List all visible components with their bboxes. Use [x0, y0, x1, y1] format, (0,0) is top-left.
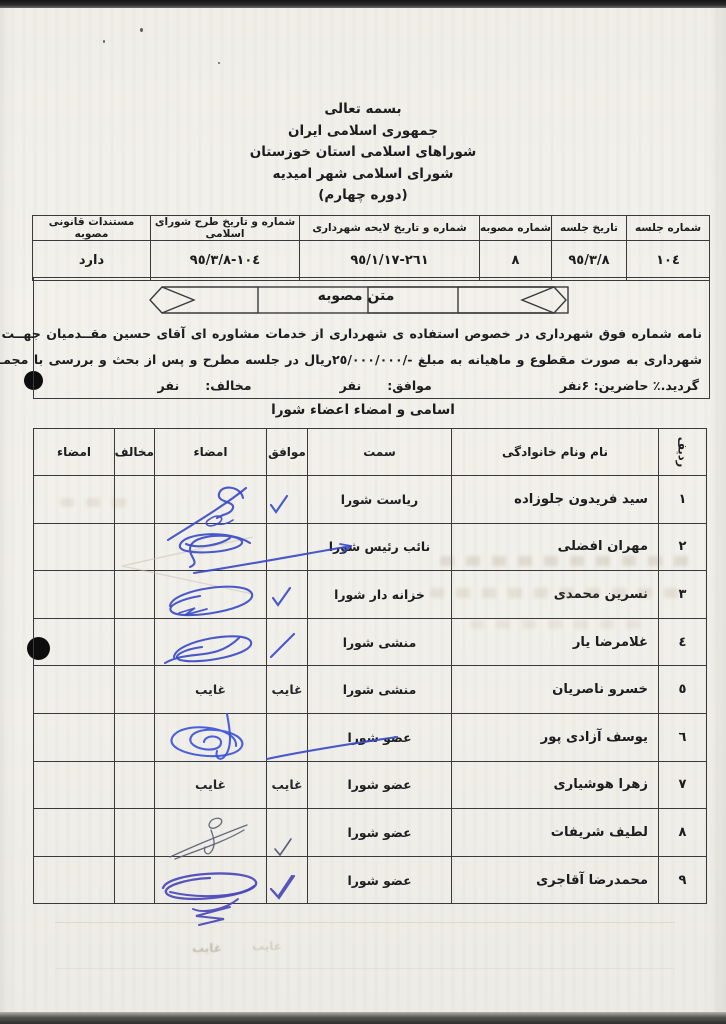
present-count: ۶نفر: [560, 378, 589, 393]
bleed-through-rule: [55, 922, 675, 923]
member-signature-cell: [155, 523, 267, 571]
info-value-cell: ٩٥/٣/٨: [552, 241, 627, 281]
scanner-edge-top: [0, 0, 726, 8]
member-role-cell: منشی شورا: [308, 618, 452, 666]
member-oppose-cell: [115, 713, 155, 761]
member-role-cell: عضو شورا: [308, 761, 452, 809]
scanner-edge-bottom: [0, 1012, 726, 1024]
member-row: ٧زهرا هوشیاریعضو شوراغایبغایب: [34, 761, 707, 809]
member-agree-cell: [267, 476, 308, 524]
member-oppose-cell: [115, 809, 155, 857]
member-name-cell: زهرا هوشیاری: [452, 761, 659, 809]
letterhead-line-republic: جمهوری اسلامی ایران: [0, 121, 726, 143]
scanned-document-page: بسمه تعالی جمهوری اسلامی ایران شوراهای ا…: [0, 0, 726, 1024]
member-agree-cell: [267, 856, 308, 904]
bleed-through-text-smudge: [470, 620, 640, 629]
member-signature-cell: [155, 571, 267, 619]
bleed-through-absent-text: غایب: [192, 941, 222, 955]
member-role-cell: عضو شورا: [308, 809, 452, 857]
member-oppose-cell: [115, 666, 155, 714]
member-signature-cell: غایب: [155, 666, 267, 714]
resolution-text-line-1: نامه شماره فوق شهرداری در خصوص استفاده ی…: [41, 326, 702, 341]
member-oppose-cell: [115, 761, 155, 809]
member-role-cell: نائب رئیس شورا: [308, 523, 452, 571]
scan-speck: [103, 40, 105, 43]
member-agree-cell: غایب: [267, 761, 308, 809]
member-signature-cell: [155, 618, 267, 666]
info-value-cell: ٩٥/١/١٧-٢٦١: [300, 241, 480, 281]
member-signature-cell: [155, 856, 267, 904]
info-header-cell: شماره مصوبه: [480, 216, 552, 241]
attendance-present: گردید.٪ حاضرین: ۶نفر: [560, 378, 699, 393]
member-oppose-signature-cell: [34, 571, 115, 619]
member-oppose-signature-cell: [34, 523, 115, 571]
member-row-number-cell: ٦: [659, 713, 707, 761]
letterhead-line-province-councils: شوراهای اسلامی استان خوزستان: [0, 142, 726, 164]
member-signature-cell: [155, 713, 267, 761]
member-signature-cell: [155, 476, 267, 524]
attendance-oppose: مخالف:نفر: [158, 378, 252, 393]
member-oppose-signature-cell: [34, 856, 115, 904]
oppose-count: نفر: [158, 378, 180, 393]
member-name-cell: لطیف شریفات: [452, 809, 659, 857]
member-agree-cell: [267, 809, 308, 857]
member-role-cell: منشی شورا: [308, 666, 452, 714]
info-header-cell: تاریخ جلسه: [552, 216, 627, 241]
info-value-cell: ١٠٤: [627, 241, 710, 281]
member-row: ٦یوسف آزادی پورعضو شورا: [34, 713, 707, 761]
bleed-through-text-smudge: [440, 556, 690, 566]
scan-speck: [218, 62, 220, 64]
member-signature-cell: [155, 809, 267, 857]
letterhead-line-term: (دوره چهارم): [0, 185, 726, 207]
members-header-row-number: ردیف: [659, 429, 707, 476]
members-header-cell: سمت: [308, 429, 452, 476]
member-row-number-cell: ٩: [659, 856, 707, 904]
members-header-cell: امضاء: [155, 429, 267, 476]
resolution-amount: ٢٥/٠٠٠/٠٠٠/-: [332, 352, 413, 367]
letterhead-line-city-council: شورای اسلامی شهر امیدیه: [0, 164, 726, 186]
member-oppose-cell: [115, 571, 155, 619]
member-row: ٨لطیف شریفاتعضو شورا: [34, 809, 707, 857]
info-value-cell: ٨: [480, 241, 552, 281]
resolution-ribbon-title: متن مصوبه: [256, 283, 456, 311]
member-name-cell: سید فریدون جلوزاده: [452, 476, 659, 524]
info-header-cell: شماره جلسه: [627, 216, 710, 241]
member-agree-cell: [267, 618, 308, 666]
info-header-cell: شماره و تاریخ لایحه شهرداری: [300, 216, 480, 241]
info-value-cell: ٩٥/٣/٨-١٠٤: [151, 241, 300, 281]
members-header-cell: مخالف: [115, 429, 155, 476]
member-row: ٥خسرو ناصریانمنشی شوراغایبغایب: [34, 666, 707, 714]
member-name-cell: خسرو ناصریان: [452, 666, 659, 714]
bleed-through-absent-text: غایب: [252, 939, 282, 953]
member-row: ١سید فریدون جلوزادهریاست شورا: [34, 476, 707, 524]
members-signature-table: ردیفنام ونام خانوادگیسمتموافقامضاءمخالفا…: [33, 428, 707, 904]
member-row-number-cell: ١: [659, 476, 707, 524]
member-agree-cell: [267, 523, 308, 571]
member-agree-cell: غایب: [267, 666, 308, 714]
bleed-through-text-smudge: [430, 588, 690, 598]
letterhead-line-bismillah: بسمه تعالی: [0, 99, 726, 121]
member-oppose-signature-cell: [34, 666, 115, 714]
bleed-through-text-smudge: [60, 498, 130, 507]
member-row-number-cell: ٧: [659, 761, 707, 809]
member-oppose-signature-cell: [34, 618, 115, 666]
member-oppose-signature-cell: [34, 713, 115, 761]
session-info-table: شماره جلسهتاریخ جلسهشماره مصوبهشماره و ت…: [32, 215, 710, 281]
agree-count: نفر: [340, 378, 362, 393]
scan-speck: [140, 28, 143, 32]
bleed-through-rule: [55, 968, 675, 969]
members-table-title: اسامی و امضاء اعضاء شورا: [0, 402, 726, 418]
info-value-cell: دارد: [33, 241, 151, 281]
member-row: ٩محمدرضا آقاجریعضو شورا: [34, 856, 707, 904]
member-signature-cell: غایب: [155, 761, 267, 809]
members-header-cell: نام ونام خانوادگی: [452, 429, 659, 476]
member-agree-cell: [267, 571, 308, 619]
member-role-cell: عضو شورا: [308, 713, 452, 761]
info-header-cell: مستندات قانونی مصوبه: [33, 216, 151, 241]
member-oppose-signature-cell: [34, 761, 115, 809]
resolution-section: متن مصوبه نامه شماره فوق شهرداری در خصوص…: [33, 277, 710, 399]
member-row-number-cell: ٨: [659, 809, 707, 857]
members-header-cell: امضاء: [34, 429, 115, 476]
member-oppose-cell: [115, 618, 155, 666]
member-oppose-signature-cell: [34, 809, 115, 857]
info-header-cell: شماره و تاریخ طرح شورای اسلامی: [151, 216, 300, 241]
members-header-cell: موافق: [267, 429, 308, 476]
member-row-number-cell: ٤: [659, 618, 707, 666]
letterhead: بسمه تعالی جمهوری اسلامی ایران شوراهای ا…: [0, 99, 726, 207]
member-oppose-cell: [115, 523, 155, 571]
attendance-line: گردید.٪ حاضرین: ۶نفر موافق:نفر مخالف:نفر: [44, 378, 699, 393]
attendance-agree: موافق:نفر: [340, 378, 432, 393]
member-agree-cell: [267, 713, 308, 761]
member-name-cell: محمدرضا آقاجری: [452, 856, 659, 904]
member-role-cell: ریاست شورا: [308, 476, 452, 524]
member-name-cell: یوسف آزادی پور: [452, 713, 659, 761]
resolution-text-line-2: شهرداری به صورت مقطوع و ماهیانه به مبلغ …: [41, 352, 702, 367]
member-oppose-cell: [115, 856, 155, 904]
member-role-cell: عضو شورا: [308, 856, 452, 904]
member-row-number-cell: ٥: [659, 666, 707, 714]
